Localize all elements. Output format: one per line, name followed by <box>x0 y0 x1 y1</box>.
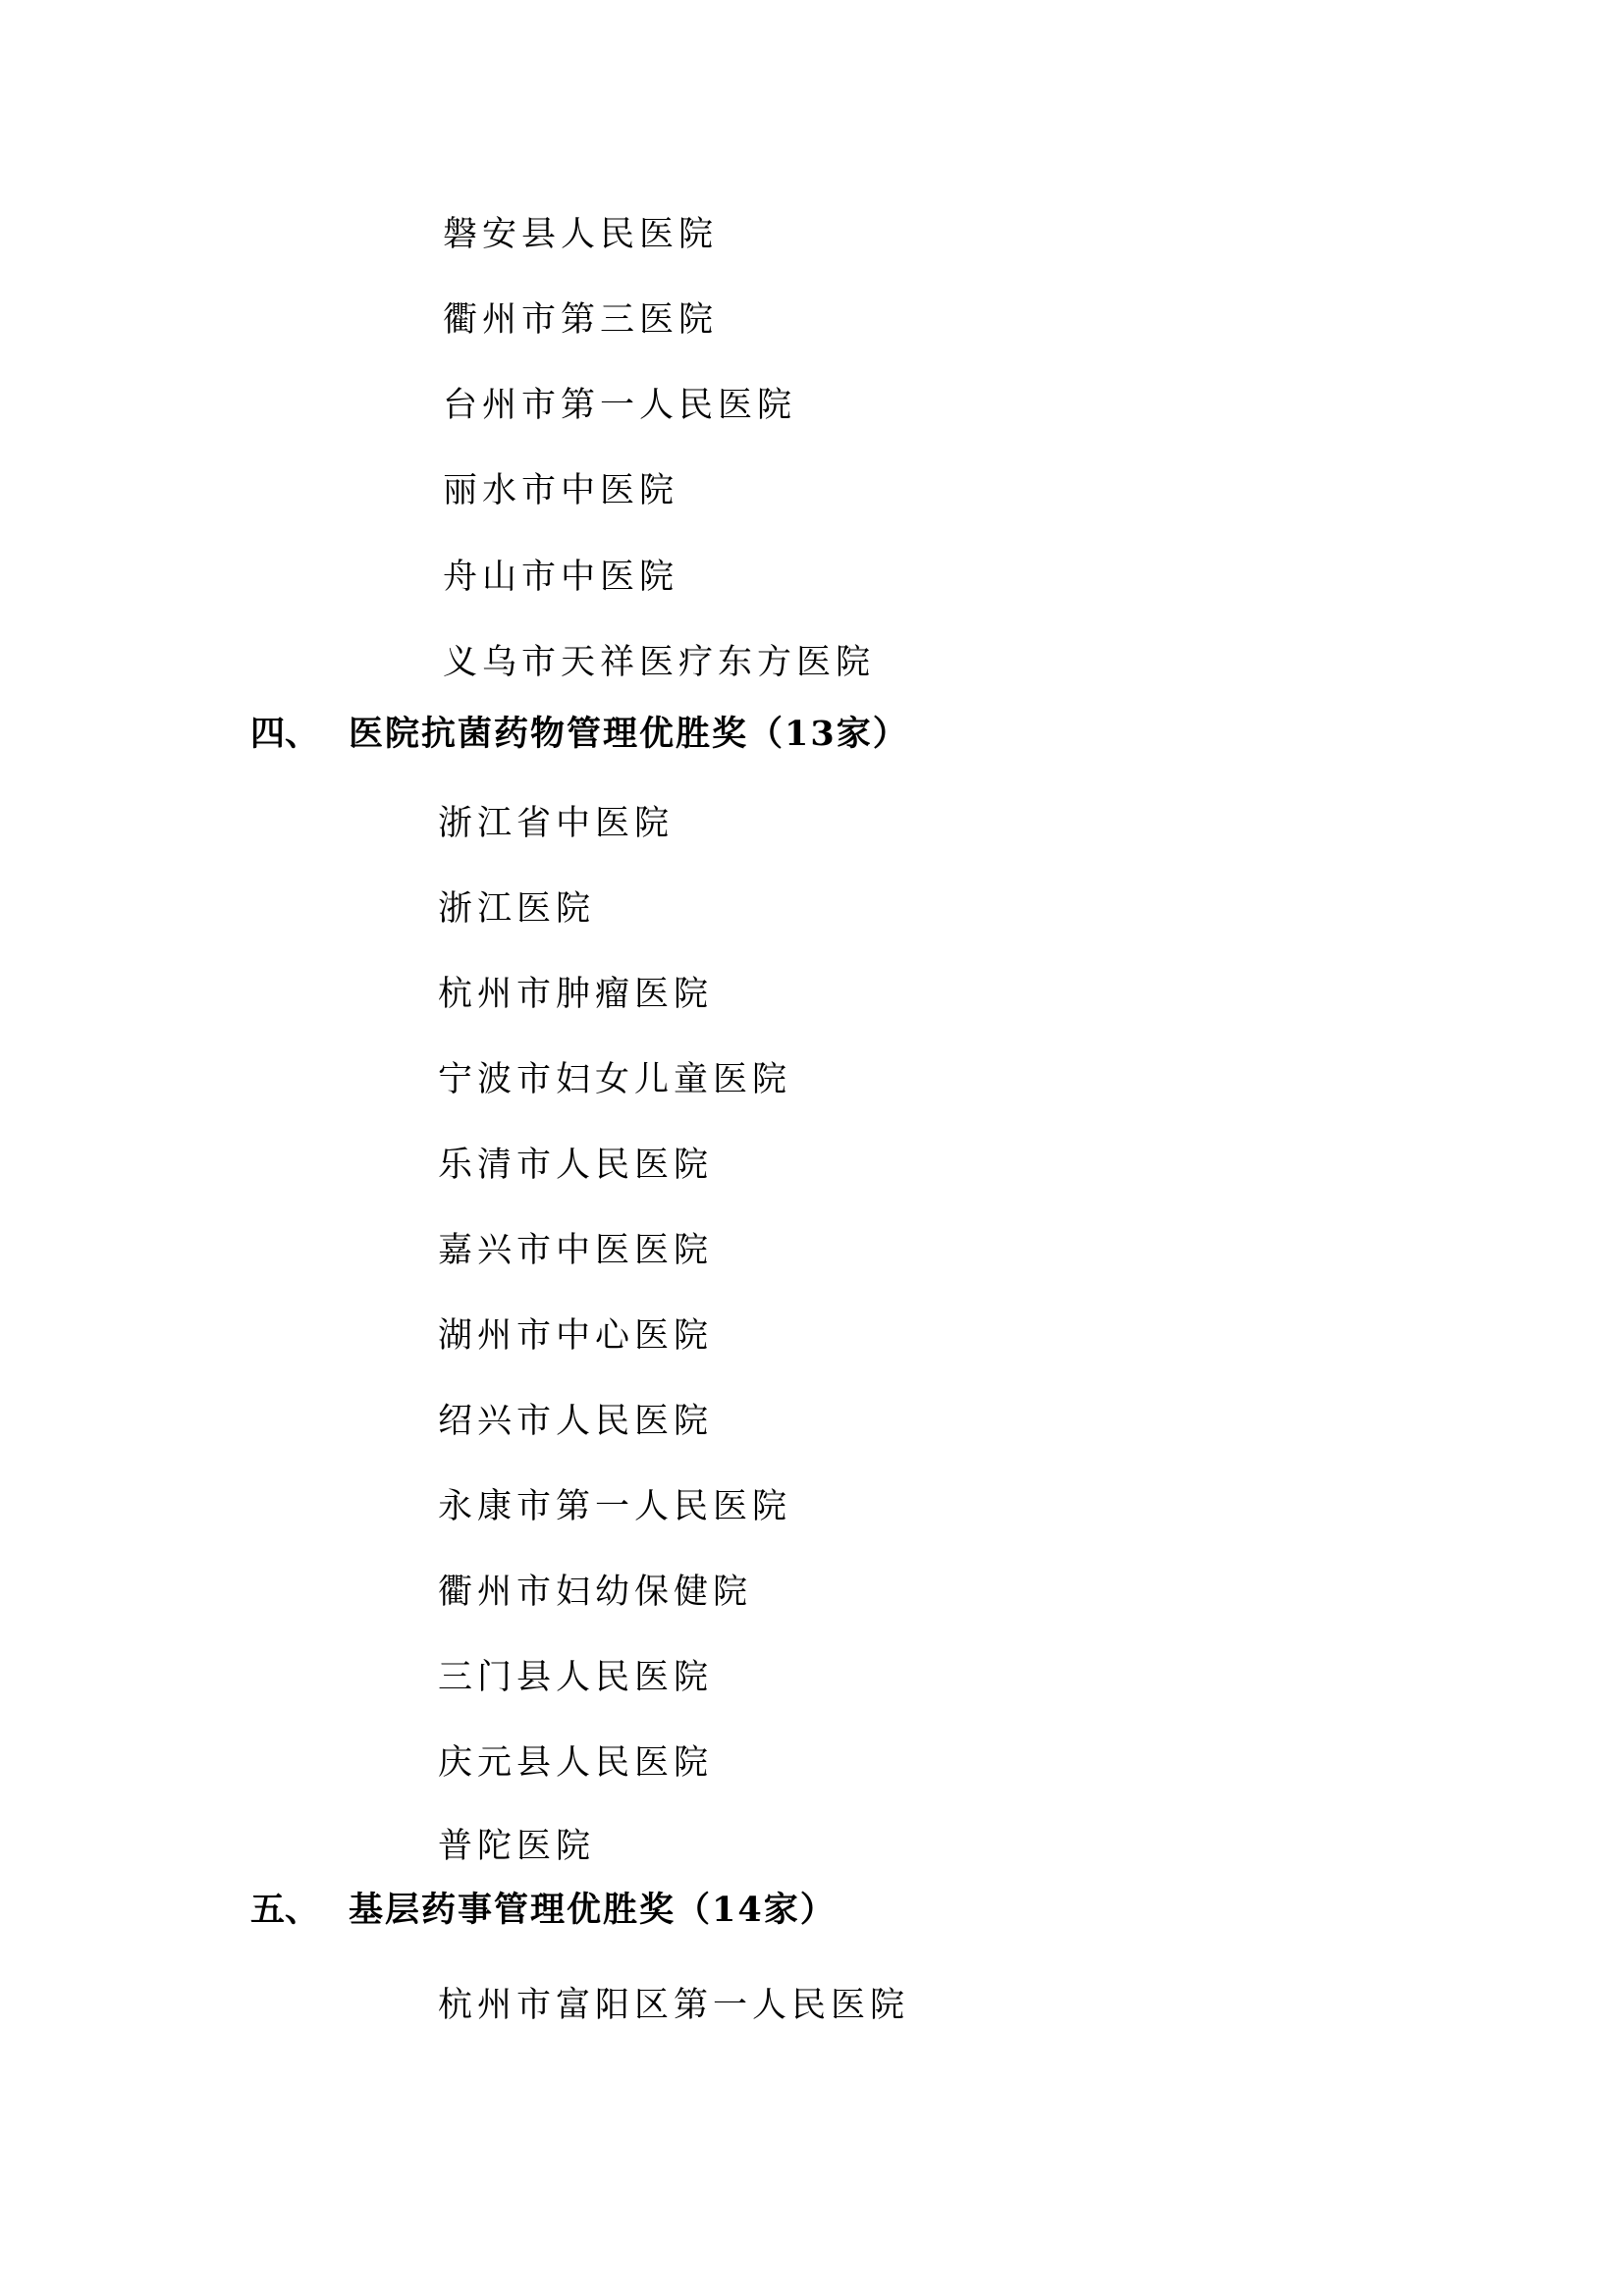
section-5-title: 基层药事管理优胜奖（14家） <box>349 1891 837 1930</box>
list-item: 湖州市中心医院 <box>438 1316 713 1356</box>
list-item: 乐清市人民医院 <box>438 1146 713 1185</box>
section-5-number: 五、 <box>250 1891 349 1930</box>
list-item: 嘉兴市中医医院 <box>438 1231 713 1270</box>
list-item: 宁波市妇女儿童医院 <box>438 1060 791 1099</box>
list-item: 浙江省中医院 <box>438 804 674 843</box>
list-item: 浙江医院 <box>438 889 595 929</box>
list-item: 丽水市中医院 <box>443 471 678 510</box>
list-item: 三门县人民医院 <box>438 1658 713 1697</box>
list-item: 永康市第一人民医院 <box>438 1487 791 1526</box>
list-item: 磐安县人民医院 <box>443 215 718 254</box>
section-5-heading: 五、 基层药事管理优胜奖（14家） <box>250 1891 837 1930</box>
list-item: 杭州市富阳区第一人民医院 <box>438 1986 909 2025</box>
list-item: 台州市第一人民医院 <box>443 386 796 425</box>
list-item: 义乌市天祥医疗东方医院 <box>443 643 875 682</box>
list-item: 绍兴市人民医院 <box>438 1402 713 1441</box>
list-item: 舟山市中医院 <box>443 558 678 597</box>
list-item: 衢州市妇幼保健院 <box>438 1573 752 1612</box>
list-item: 普陀医院 <box>438 1827 595 1866</box>
section-4-number: 四、 <box>250 715 349 754</box>
section-4-title: 医院抗菌药物管理优胜奖（13家） <box>349 715 909 754</box>
list-item: 杭州市肿瘤医院 <box>438 975 713 1014</box>
list-item: 衢州市第三医院 <box>443 300 718 340</box>
list-item: 庆元县人民医院 <box>438 1743 713 1783</box>
section-4-heading: 四、 医院抗菌药物管理优胜奖（13家） <box>250 715 909 754</box>
document-page: 磐安县人民医院 衢州市第三医院 台州市第一人民医院 丽水市中医院 舟山市中医院 … <box>0 0 1624 2296</box>
